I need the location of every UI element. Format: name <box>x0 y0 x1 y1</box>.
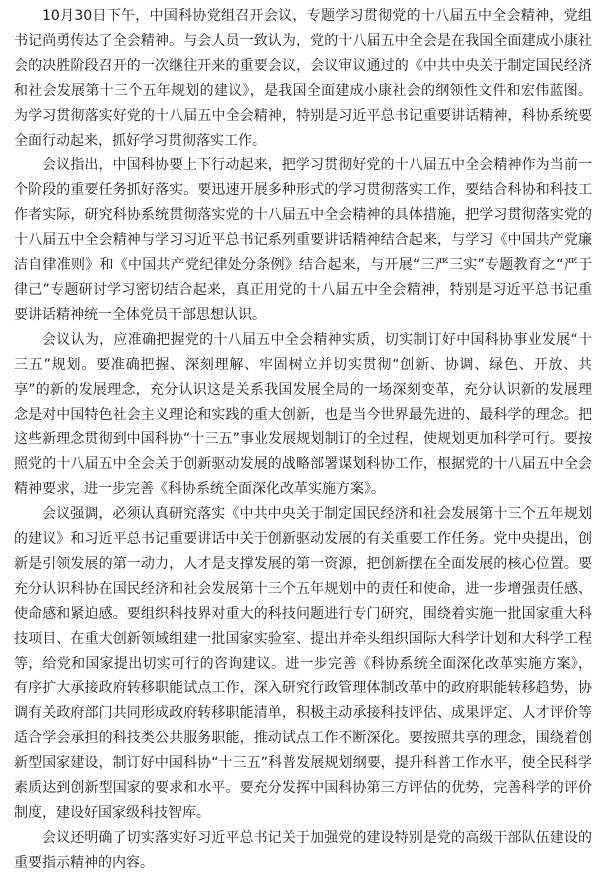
paragraph-meeting-views: 会议认为，应准确把握党的十八届五中全会精神实质，切实制订好中国科协事业发展“十三… <box>14 328 592 502</box>
paragraph-meeting-summary: 10月30日下午，中国科协党组召开会议，专题学习贯彻党的十八届五中全会精神，党组… <box>14 4 592 153</box>
paragraph-meeting-emphasis: 会议强调，必须认真研究落实《中共中央关于制定国民经济和社会发展第十三个五年规划的… <box>14 502 592 826</box>
paragraph-meeting-conclusion: 会议还明确了切实落实好习近平总书记关于加强党的建设特别是党的高级干部队伍建设的重… <box>14 826 592 876</box>
article-body: 10月30日下午，中国科协党组召开会议，专题学习贯彻党的十八届五中全会精神，党组… <box>14 4 592 876</box>
paragraph-meeting-points: 会议指出，中国科协要上下行动起来，把学习贯彻好党的十八届五中全会精神作为当前一个… <box>14 153 592 327</box>
